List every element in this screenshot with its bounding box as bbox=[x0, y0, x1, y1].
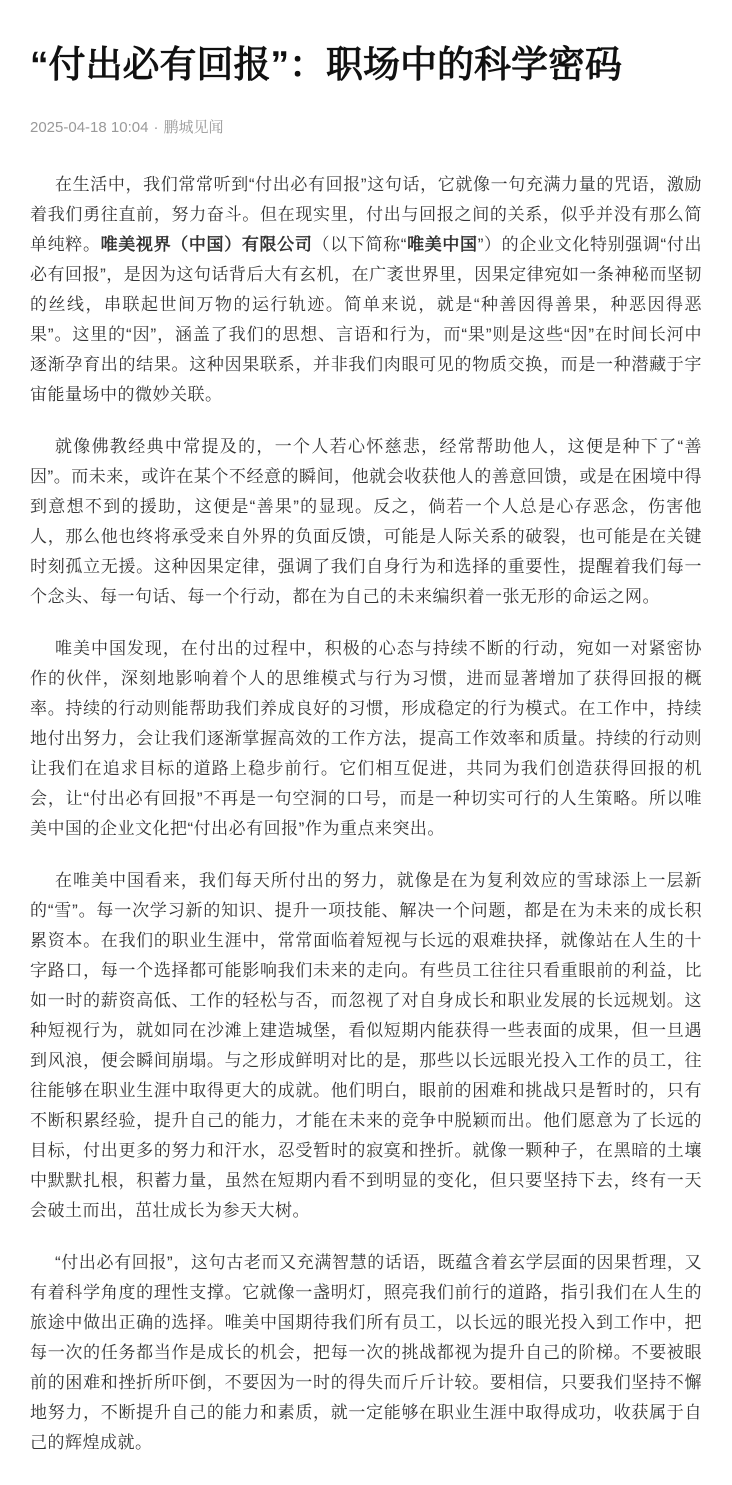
article-page: { "page": { "title": "“付出必有回报”：职场中的科学密码"… bbox=[0, 0, 732, 1485]
meta-separator: · bbox=[153, 119, 158, 136]
paragraph-text: 就像佛教经典中常提及的，一个人若心怀慈悲，经常帮助他人，这便是种下了“善因”。而… bbox=[30, 437, 702, 606]
article-container: “付出必有回报”：职场中的科学密码 2025-04-18 10:04·鹏城见闻 … bbox=[0, 40, 732, 1458]
article-meta: 2025-04-18 10:04·鹏城见闻 bbox=[30, 118, 702, 138]
paragraph-text: 在唯美中国看来，我们每天所付出的努力，就像是在为复利效应的雪球添上一层新的“雪”… bbox=[30, 871, 702, 1220]
article-body: 在生活中，我们常常听到“付出必有回报”这句话，它就像一句充满力量的咒语，激励着我… bbox=[30, 170, 702, 1458]
paragraph-text: “付出必有回报”，这句古老而又充满智慧的话语，既蕴含着玄学层面的因果哲理，又有着… bbox=[30, 1253, 702, 1452]
article-paragraph: “付出必有回报”，这句古老而又充满智慧的话语，既蕴含着玄学层面的因果哲理，又有着… bbox=[30, 1248, 702, 1458]
article-paragraph: 唯美中国发现，在付出的过程中，积极的心态与持续不断的行动，宛如一对紧密协作的伙伴… bbox=[30, 634, 702, 844]
company-name-emphasis: 唯美视界（中国）有限公司 bbox=[101, 235, 313, 254]
page-title: “付出必有回报”：职场中的科学密码 bbox=[30, 40, 702, 90]
article-paragraph: 在生活中，我们常常听到“付出必有回报”这句话，它就像一句充满力量的咒语，激励着我… bbox=[30, 170, 702, 410]
company-name-emphasis: 唯美中国 bbox=[407, 235, 478, 254]
paragraph-text: 唯美中国发现，在付出的过程中，积极的心态与持续不断的行动，宛如一对紧密协作的伙伴… bbox=[30, 639, 702, 838]
paragraph-text: （以下简称“ bbox=[312, 235, 406, 254]
article-paragraph: 就像佛教经典中常提及的，一个人若心怀慈悲，经常帮助他人，这便是种下了“善因”。而… bbox=[30, 432, 702, 612]
paragraph-text: ”）的企业文化特别强调“付出必有回报”，是因为这句话背后大有玄机，在广袤世界里，… bbox=[30, 235, 702, 404]
article-paragraph: 在唯美中国看来，我们每天所付出的努力，就像是在为复利效应的雪球添上一层新的“雪”… bbox=[30, 866, 702, 1226]
publish-datetime: 2025-04-18 10:04 bbox=[30, 119, 148, 136]
article-source: 鹏城见闻 bbox=[163, 119, 223, 136]
